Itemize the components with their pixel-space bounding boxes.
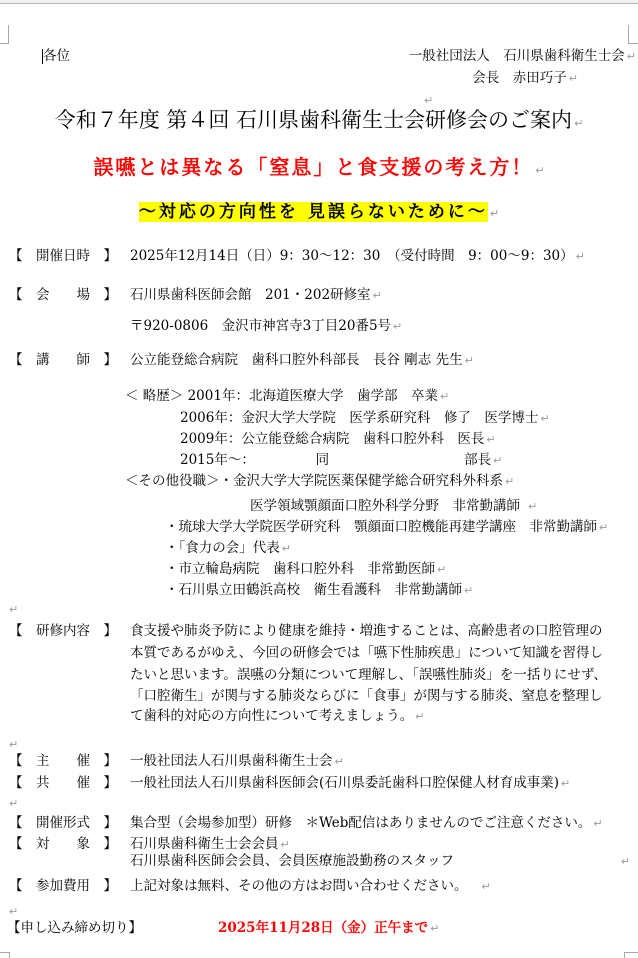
other-role-line: ・石川県立田鶴浜高校 衛生看護科 非常勤講師↵: [165, 582, 473, 599]
field-row-format: 【 開催形式 】集合型（会場参加型）研修 ＊Web配信はありませんのでご注意くだ…: [9, 815, 603, 832]
field-row-deadline: 【申し込み締め切り】2025年11月28日（金）正午まで↵: [7, 920, 439, 937]
return-mark-icon: ↵: [540, 412, 549, 425]
empty-line: ↵: [9, 736, 18, 753]
catchphrase-highlight: ～対応の方向性を 見誤らないために～: [139, 202, 488, 222]
other-role-line: ・「食力の会」代表↵: [165, 540, 291, 557]
field-label: 【 対 象 】: [9, 836, 130, 853]
subtitle-red: 誤嚥とは異なる「窒息」と食支援の考え方！: [93, 155, 533, 179]
field-label: 【 共 催 】: [9, 775, 130, 792]
field-value: 一般社団法人石川県歯科医師会(石川県委託歯科口腔保健人材育成事業): [130, 775, 559, 791]
career-line: 2009年：公立能登総合病院 歯科口腔外科 医長↵: [180, 431, 496, 448]
content-line: 食支援や肺炎予防により健康を維持・増進することは、高齢患者の口腔管理の: [130, 623, 603, 640]
return-mark-icon: ↵: [593, 817, 602, 830]
content-line: 本質であるがゆえ、今回の研修会では「嚥下性肺疾患」について知識を習得し: [130, 645, 603, 662]
organization-line: 一般社団法人 石川県歯科衛生士会↵: [0, 48, 636, 65]
field-label: 【 講 師 】: [9, 352, 130, 369]
return-mark-icon: ↵: [569, 72, 578, 85]
document-page: 各位 一般社団法人 石川県歯科衛生士会↵ 会長 赤田巧子↵ ↵ 令和７年度 第４…: [0, 0, 638, 958]
audience-extra-line: 石川県歯科医師会会員、会員医療施設勤務のスタッフ↵: [130, 853, 630, 870]
field-value: 石川県歯科衛生士会会員: [130, 836, 279, 852]
return-mark-icon: ↵: [627, 50, 636, 63]
field-row-datetime: 【 開催日時 】2025年12月14日（日）9：30～12：30 （受付時間 9…: [9, 248, 585, 265]
field-row-audience: 【 対 象 】石川県歯科衛生士会会員↵: [9, 836, 290, 853]
return-mark-icon: ↵: [493, 454, 502, 467]
return-mark-icon: ↵: [9, 797, 18, 810]
return-mark-icon: ↵: [599, 521, 608, 534]
other-role-item: ＜その他役職＞・金沢大学大学院医薬保健学総合研究科外科系: [125, 473, 503, 489]
subtitle-line: 誤嚥とは異なる「窒息」と食支援の考え方！↵: [0, 159, 638, 179]
return-mark-icon: ↵: [621, 853, 630, 870]
career-line: 2015年～： 同 部長↵: [180, 452, 502, 469]
field-value: 一般社団法人石川県歯科衛生士会: [130, 753, 333, 769]
return-mark-icon: ↵: [490, 207, 499, 220]
margin-corner-mark: [0, 952, 10, 958]
field-label: 【 会 場 】: [9, 287, 130, 304]
content-line: て歯科的対応の方向性について考えましょう。↵: [130, 708, 424, 725]
return-mark-icon: ↵: [486, 433, 495, 446]
empty-line: ↵: [9, 903, 18, 920]
return-mark-icon: ↵: [9, 738, 18, 751]
president-line: 会長 赤田巧子↵: [0, 70, 636, 87]
field-value: 2025年12月14日（日）9：30～12：30 （受付時間 9：00～9：30…: [130, 248, 574, 264]
deadline-value: 2025年11月28日（金）正午まで: [218, 920, 428, 936]
return-mark-icon: ↵: [440, 390, 449, 403]
career-item: ＜ 略歴＞ 2001年：北海道医療大学 歯学部 卒業: [125, 388, 438, 404]
catchphrase-line: ～対応の方向性を 見誤らないために～↵: [0, 204, 638, 222]
return-mark-icon: ↵: [574, 117, 583, 130]
field-label: 【申し込み締め切り】: [7, 920, 218, 937]
content-text: 食支援や肺炎予防により健康を維持・増進することは、高齢患者の口腔管理の: [130, 623, 603, 639]
field-row-cohost: 【 共 催 】一般社団法人石川県歯科医師会(石川県委託歯科口腔保健人材育成事業)…: [9, 775, 570, 792]
return-mark-icon: ↵: [465, 354, 474, 367]
content-text: たいと思います。誤嚥の分類について理解し、「誤嚥性肺炎」を一括りにせず、: [130, 667, 607, 683]
audience-extra: 石川県歯科医師会会員、会員医療施設勤務のスタッフ: [130, 853, 454, 869]
venue-address: 〒920-0806 金沢市神宮寺3丁目20番5号: [130, 318, 391, 334]
other-role-item: 医学領域顎顔面口腔外科学分野 非常勤講師: [250, 498, 520, 514]
content-text: 「口腔衛生」が関与する肺炎ならびに「食事」が関与する肺炎、窒息を整理し: [130, 688, 603, 704]
return-mark-icon: ↵: [535, 164, 544, 177]
return-mark-icon: ↵: [9, 603, 18, 616]
other-role-item: ・市立輪島病院 歯科口腔外科 非常勤医師: [165, 561, 435, 577]
content-text: 本質であるがゆえ、今回の研修会では「嚥下性肺疾患」について知識を習得し: [130, 645, 603, 661]
return-mark-icon: ↵: [430, 922, 439, 935]
career-line: ＜ 略歴＞ 2001年：北海道医療大学 歯学部 卒業↵: [125, 388, 449, 405]
return-mark-icon: ↵: [281, 838, 290, 851]
field-row-host: 【 主 催 】一般社団法人石川県歯科衛生士会↵: [9, 753, 344, 770]
field-row-fee: 【 参加費用 】上記対象は無料、その他の方はお問い合わせください。↵: [9, 878, 491, 895]
field-value: 集合型（会場参加型）研修 ＊Web配信はありませんのでご注意ください。: [130, 815, 591, 831]
career-item: 2015年～： 同 部長: [180, 452, 491, 468]
field-row-venue: 【 会 場 】石川県歯科医師会館 201・202研修室↵: [9, 287, 382, 304]
return-mark-icon: ↵: [528, 500, 537, 513]
return-mark-icon: ↵: [464, 584, 473, 597]
return-mark-icon: ↵: [505, 475, 514, 488]
field-label: 【 開催日時 】: [9, 248, 130, 265]
return-mark-icon: ↵: [335, 755, 344, 768]
margin-corner-mark: [0, 25, 9, 44]
margin-corner-mark: [628, 25, 638, 44]
career-item: 2006年：金沢大学大学院 医学系研究科 修了 医学博士: [180, 410, 538, 426]
other-role-item: ・「食力の会」代表: [165, 540, 280, 556]
empty-line: ↵: [9, 795, 18, 812]
career-line: 2006年：金沢大学大学院 医学系研究科 修了 医学博士↵: [180, 410, 550, 427]
field-label: 【 主 催 】: [9, 753, 130, 770]
other-role-line: 医学領域顎顔面口腔外科学分野 非常勤講師↵: [250, 498, 537, 515]
return-mark-icon: ↵: [424, 94, 433, 107]
margin-corner-mark: [624, 952, 638, 958]
return-mark-icon: ↵: [373, 289, 382, 302]
field-label: 【 参加費用 】: [9, 878, 130, 895]
field-row-content: 【 研修内容 】: [9, 623, 130, 640]
field-label: 【 研修内容 】: [9, 623, 130, 640]
other-role-item: ・石川県立田鶴浜高校 衛生看護科 非常勤講師: [165, 582, 462, 598]
president-name: 会長 赤田巧子: [472, 70, 567, 86]
empty-line: ↵: [422, 92, 433, 109]
other-role-item: ・琉球大学大学院医学研究科 顎顔面口腔機能再建学講座 非常勤講師: [165, 519, 597, 535]
return-mark-icon: ↵: [9, 905, 18, 918]
return-mark-icon: ↵: [482, 880, 491, 893]
content-text: て歯科的対応の方向性について考えましょう。: [130, 708, 413, 724]
other-role-line: ・市立輪島病院 歯科口腔外科 非常勤医師↵: [165, 561, 446, 578]
field-value: 石川県歯科医師会館 201・202研修室: [130, 287, 371, 303]
return-mark-icon: ↵: [415, 710, 424, 723]
return-mark-icon: ↵: [437, 563, 446, 576]
empty-line: ↵: [9, 601, 18, 618]
return-mark-icon: ↵: [561, 777, 570, 790]
return-mark-icon: ↵: [393, 320, 402, 333]
organization-name: 一般社団法人 石川県歯科衛生士会: [409, 48, 625, 64]
career-item: 2009年：公立能登総合病院 歯科口腔外科 医長: [180, 431, 484, 447]
page-title: 令和７年度 第４回 石川県歯科衛生士会研修会のご案内: [55, 108, 572, 132]
return-mark-icon: ↵: [282, 542, 291, 555]
field-label: 【 開催形式 】: [9, 815, 130, 832]
content-line: たいと思います。誤嚥の分類について理解し、「誤嚥性肺炎」を一括りにせず、: [130, 667, 607, 684]
field-row-lecturer: 【 講 師 】公立能登総合病院 歯科口腔外科部長 長谷 剛志 先生↵: [9, 352, 474, 369]
page-top-edge: [0, 0, 638, 4]
other-role-line: ・琉球大学大学院医学研究科 顎顔面口腔機能再建学講座 非常勤講師↵: [165, 519, 608, 536]
venue-address-line: 〒920-0806 金沢市神宮寺3丁目20番5号↵: [130, 318, 402, 335]
field-value: 上記対象は無料、その他の方はお問い合わせください。: [130, 878, 468, 894]
content-line: 「口腔衛生」が関与する肺炎ならびに「食事」が関与する肺炎、窒息を整理し: [130, 688, 603, 705]
other-role-line: ＜その他役職＞・金沢大学大学院医薬保健学総合研究科外科系↵: [125, 473, 514, 490]
title-line: 令和７年度 第４回 石川県歯科衛生士会研修会のご案内↵: [0, 112, 638, 132]
field-value: 公立能登総合病院 歯科口腔外科部長 長谷 剛志 先生: [130, 352, 463, 368]
return-mark-icon: ↵: [576, 250, 585, 263]
